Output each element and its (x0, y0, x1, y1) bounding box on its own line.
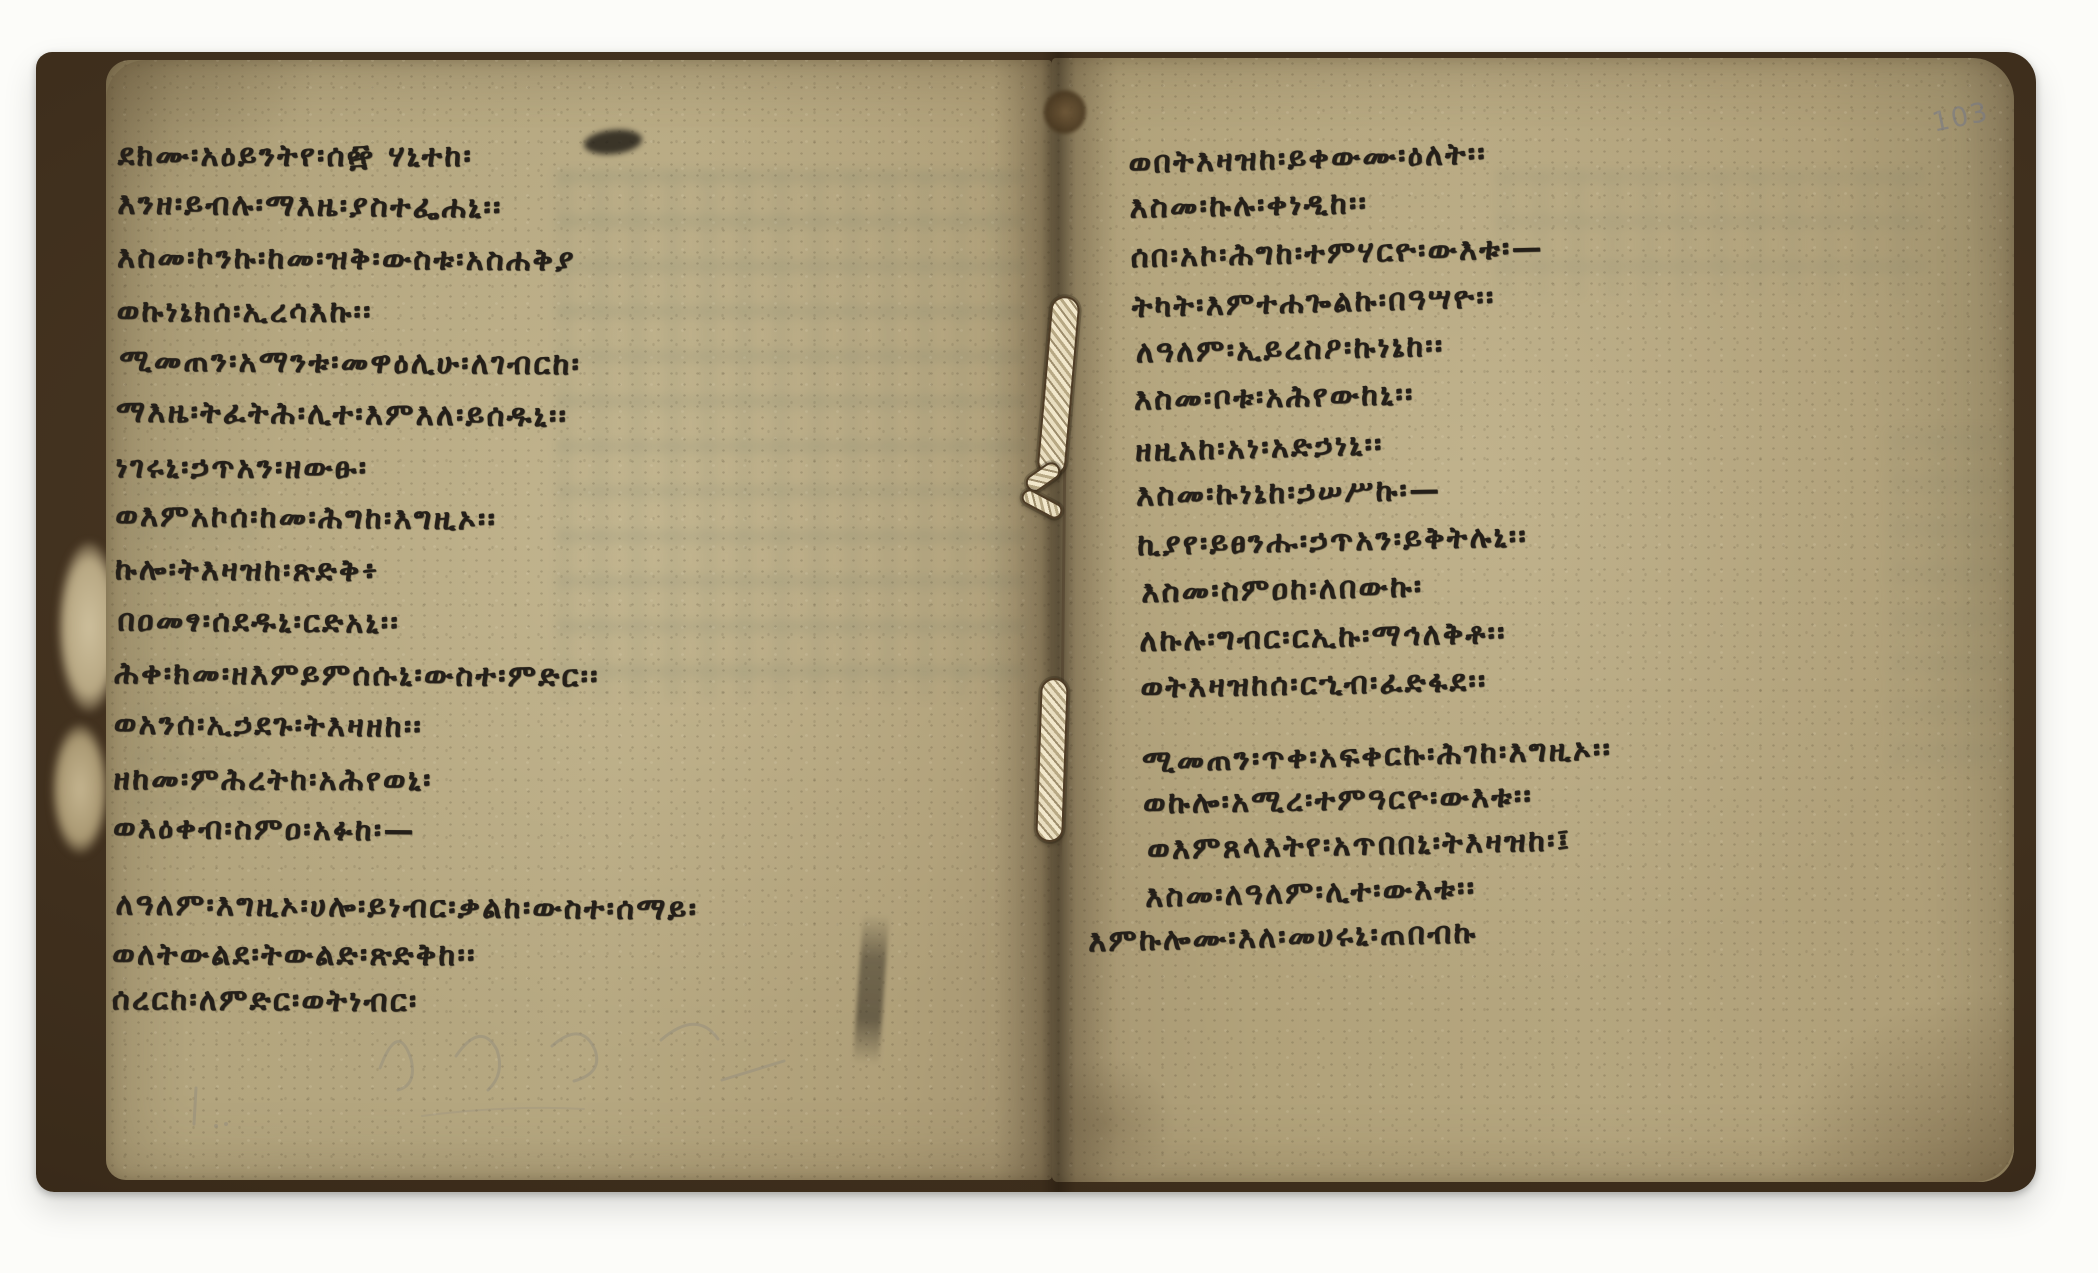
text-line: ወለትውልደ፡ትውልድ፡ጽድቅከ፡፡ (112, 931, 1052, 980)
right-page-text: ወበትእዛዝከ፡ይቀውሙ፡ዕለት፡፡ እስመ፡ኩሉ፡ቀነዲከ፡፡ ሰበ፡አኮ፡ሕ… (1128, 118, 2012, 962)
book: 103 ደክሙ፡አዕይንትየ፡ሰ፼ ሃኒተከ፡ እንዘ፡ይብሉ፡ማእዜ፡ያስተፌ… (36, 52, 2036, 1192)
text-line: እስመ፡ኮንኩ፡ከመ፡ዝቅ፡ውስቱ፡አስሐቅያ (117, 232, 1057, 291)
text-line: በዐመፃ፡ሰደዱኒ፡ርድአኒ፡፡ (117, 595, 1057, 655)
text-line: ደክሙ፡አዕይንትየ፡ሰ፼ ሃኒተከ፡ (118, 130, 1058, 184)
text-line: ኩሎ፡ትእዛዝከ፡ጽድቅ፥ (115, 544, 1055, 603)
text-line: ለዓለም፡እግዚኦ፡ሀሎ፡ይነብር፡ቃልከ፡ውስተ፡ሰማይ፡ (115, 881, 1055, 936)
text-line: ወእምአኮሰ፡ከመ፡ሕግከ፡እግዚኦ፡፡ (115, 490, 1055, 552)
text-line: ወኩነኔክሰ፡ኢረሳእኩ፡፡ (117, 286, 1057, 340)
text-line: እንዘ፡ይብሉ፡ማእዜ፡ያስተፌሐኒ፡፡ (117, 178, 1057, 240)
manuscript-photo: 103 ደክሙ፡አዕይንትየ፡ሰ፼ ሃኒተከ፡ እንዘ፡ይብሉ፡ማእዜ፡ያስተፌ… (0, 0, 2098, 1273)
text-line: ዘከመ፡ምሕረትከ፡አሕየወኒ፡ (113, 754, 1053, 808)
text-line: ሕቀ፡ክመ፡ዘእምይምሰሱኒ፡ውስተ፡ምድር፡፡ (114, 648, 1054, 707)
text-line: ወእዕቀብ፡ስምዐ፡አፉከ፡— (113, 802, 1053, 864)
text-line: ሚመጠን፡አማንቱ፡መዋዕሊሁ፡ለገብርከ፡ (119, 335, 1059, 395)
text-line: ወአንሰ፡ኢኃደጉ፡ትእዛዘከ፡፡ (114, 698, 1054, 760)
text-line: ማእዜ፡ትፈትሕ፡ሊተ፡እምእለ፡ይሰዱኒ፡፡ (116, 386, 1056, 448)
pencil-scribble (360, 982, 820, 1142)
torn-leather-patch (52, 724, 108, 854)
left-page-text: ደክሙ፡አዕይንትየ፡ሰ፼ ሃኒተከ፡ እንዘ፡ይብሉ፡ማእዜ፡ያስተፌሐኒ፡፡… (112, 128, 1058, 1030)
pencil-mark (182, 1080, 242, 1140)
text-line: ነገሩኒ፡ኃጥአን፡ዘውፁ፡ (116, 442, 1056, 496)
